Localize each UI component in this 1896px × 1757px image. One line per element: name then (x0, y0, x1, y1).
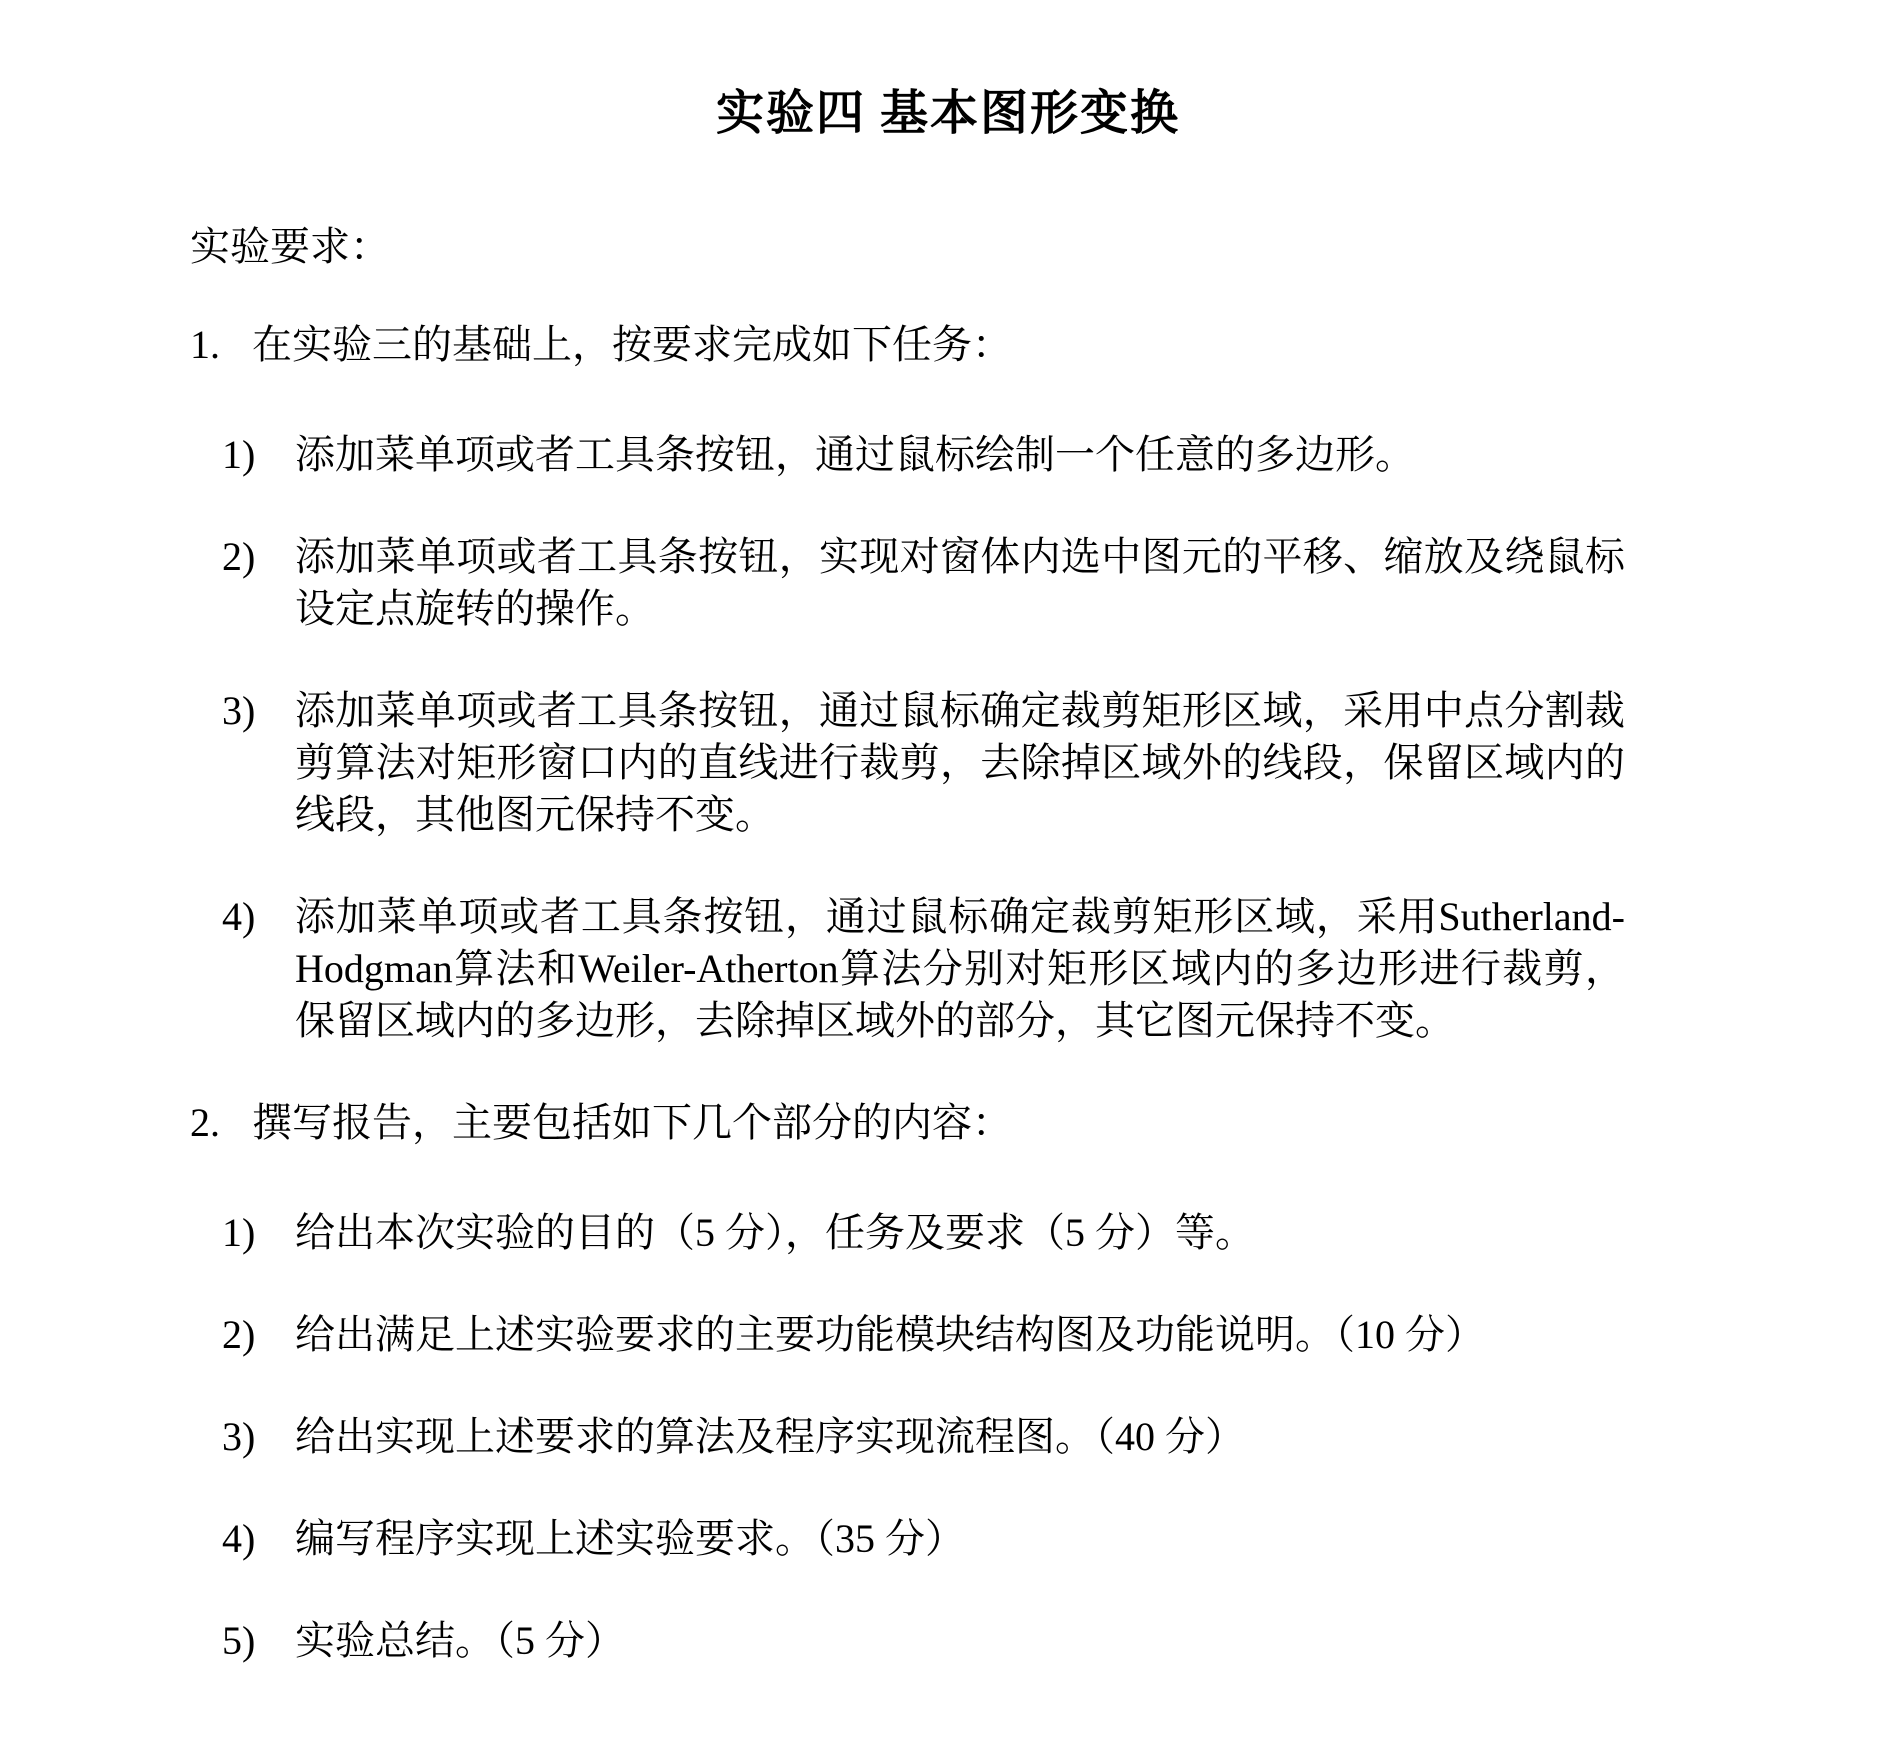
section-2-heading-row: 2. 撰写报告，主要包括如下几个部分的内容： (190, 1097, 1625, 1149)
list-item: 1) 添加菜单项或者工具条按钮，通过鼠标绘制一个任意的多边形。 (222, 429, 1625, 481)
list-item-text: 给出本次实验的目的（5 分），任务及要求（5 分）等。 (295, 1207, 1625, 1259)
list-item-number: 5) (222, 1615, 295, 1667)
requirements-label: 实验要求： (190, 221, 1625, 273)
list-item: 3) 添加菜单项或者工具条按钮，通过鼠标确定裁剪矩形区域，采用中点分割裁剪算法对… (222, 685, 1625, 841)
list-item: 5) 实验总结。（5 分） (222, 1615, 1625, 1667)
list-item-number: 1) (222, 1207, 295, 1259)
list-item-number: 4) (222, 1513, 295, 1565)
list-item-number: 2) (222, 1309, 295, 1361)
list-item: 2) 给出满足上述实验要求的主要功能模块结构图及功能说明。（10 分） (222, 1309, 1625, 1361)
document-page: 实验四 基本图形变换 实验要求： 1. 在实验三的基础上，按要求完成如下任务： … (0, 0, 1896, 1757)
list-item-number: 4) (222, 891, 295, 1047)
document-title: 实验四 基本图形变换 (140, 88, 1756, 141)
section-number: 1. (190, 319, 252, 371)
section-number: 2. (190, 1097, 252, 1149)
list-item-text: 添加菜单项或者工具条按钮，实现对窗体内选中图元的平移、缩放及绕鼠标设定点旋转的操… (295, 531, 1625, 635)
section-heading: 撰写报告，主要包括如下几个部分的内容： (252, 1097, 1625, 1149)
list-item-text: 编写程序实现上述实验要求。（35 分） (295, 1513, 1625, 1565)
list-item-number: 3) (222, 1411, 295, 1463)
list-item-text: 给出满足上述实验要求的主要功能模块结构图及功能说明。（10 分） (295, 1309, 1625, 1361)
list-item-text: 实验总结。（5 分） (295, 1615, 1625, 1667)
list-item-text: 添加菜单项或者工具条按钮，通过鼠标绘制一个任意的多边形。 (295, 429, 1625, 481)
list-item: 3) 给出实现上述要求的算法及程序实现流程图。（40 分） (222, 1411, 1625, 1463)
list-item: 4) 编写程序实现上述实验要求。（35 分） (222, 1513, 1625, 1565)
list-item: 2) 添加菜单项或者工具条按钮，实现对窗体内选中图元的平移、缩放及绕鼠标设定点旋… (222, 531, 1625, 635)
section-1-heading-row: 1. 在实验三的基础上，按要求完成如下任务： (190, 319, 1625, 371)
section-heading: 在实验三的基础上，按要求完成如下任务： (252, 319, 1625, 371)
list-item-text: 添加菜单项或者工具条按钮，通过鼠标确定裁剪矩形区域，采用Sutherland-H… (295, 891, 1625, 1047)
list-item-text: 给出实现上述要求的算法及程序实现流程图。（40 分） (295, 1411, 1625, 1463)
list-item-number: 1) (222, 429, 295, 481)
list-item: 1) 给出本次实验的目的（5 分），任务及要求（5 分）等。 (222, 1207, 1625, 1259)
list-item-number: 2) (222, 531, 295, 635)
list-item-number: 3) (222, 685, 295, 841)
list-item-text: 添加菜单项或者工具条按钮，通过鼠标确定裁剪矩形区域，采用中点分割裁剪算法对矩形窗… (295, 685, 1625, 841)
list-item: 4) 添加菜单项或者工具条按钮，通过鼠标确定裁剪矩形区域，采用Sutherlan… (222, 891, 1625, 1047)
